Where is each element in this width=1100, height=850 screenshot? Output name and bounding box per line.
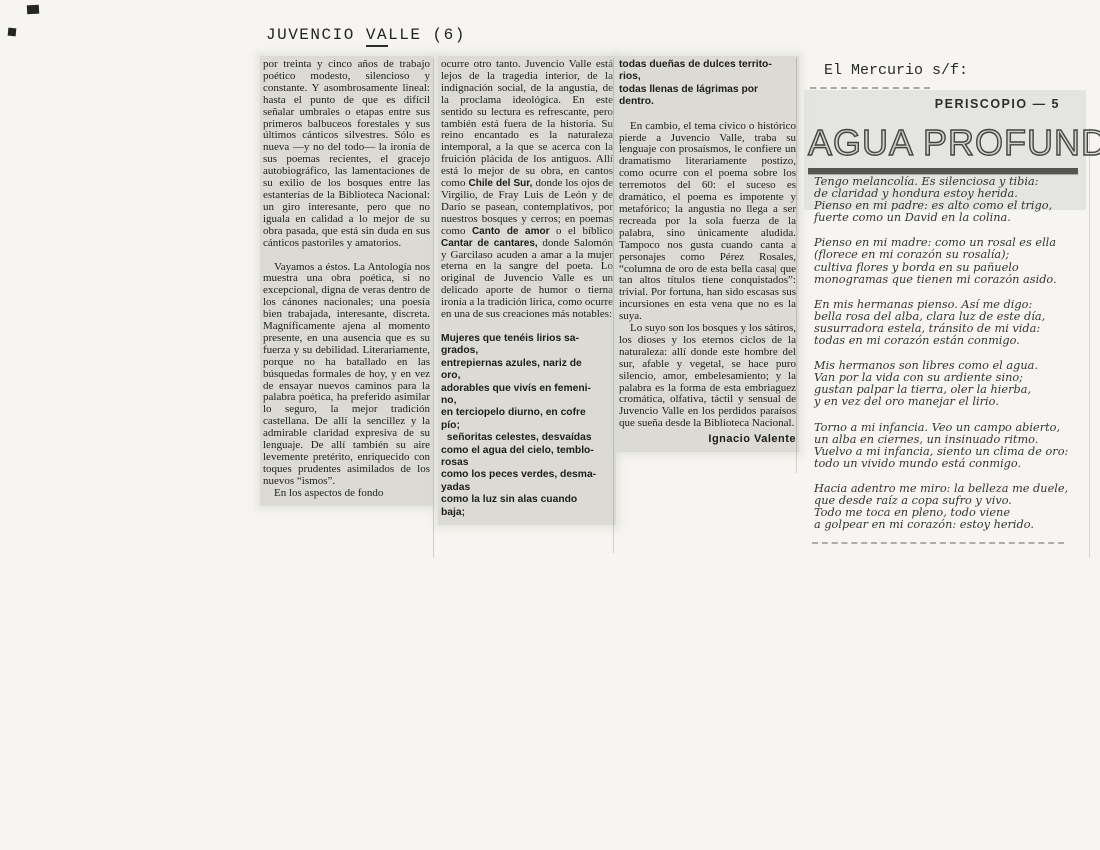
- source-underline: [810, 87, 930, 89]
- verse-line: Mujeres que tenéis lirios sa-: [441, 333, 613, 345]
- scanned-newspaper-page: JUVENCIO VALLE (6) por treinta y cinco a…: [0, 0, 1100, 850]
- verse-line: rios,: [619, 71, 796, 83]
- paragraph: En los aspectos de fondo: [263, 488, 430, 500]
- section-label: PERISCOPIO — 5: [800, 97, 1060, 111]
- page-title-prefix: JUVENCIO: [266, 26, 366, 44]
- verse-block: Mujeres que tenéis lirios sa-grados,entr…: [441, 333, 613, 519]
- poem-line: Vuelvo a mi infancia, siento un clima de…: [814, 446, 1082, 458]
- stanza: Torno a mi infancia. Veo un campo abiert…: [814, 422, 1082, 470]
- review-column-3: todas dueñas de dulces territo-rios,toda…: [616, 56, 799, 452]
- clipping-edge-line: [433, 58, 434, 558]
- review-column-1: por treinta y cinco años de trabajo poét…: [260, 56, 433, 506]
- verse-line: señoritas celestes, desvaídas: [441, 432, 613, 444]
- poem-line: Torno a mi infancia. Veo un campo abiert…: [814, 422, 1082, 434]
- stanza: Tengo melancolía. Es silenciosa y tibia:…: [814, 176, 1082, 224]
- poem-line: todo un vivido mundo está conmigo.: [814, 458, 1082, 470]
- poem-line: a golpear en mi corazón: estoy herido.: [814, 519, 1082, 531]
- verse-line: baja;: [441, 507, 613, 519]
- scan-artifact-mark: [8, 28, 17, 37]
- verse-line: pío;: [441, 420, 613, 432]
- verse-line: adorables que vivís en femeni-: [441, 383, 613, 395]
- stanza: Hacia adentro me miro: la belleza me due…: [814, 483, 1082, 531]
- poem-line: fuerte como un David en la colina.: [814, 212, 1082, 224]
- paragraph: ocurre otro tanto. Juvencio Valle está l…: [441, 59, 613, 321]
- poem-line: cultiva flores y borda en su pañuelo: [814, 262, 1082, 274]
- verse-block: todas dueñas de dulces territo-rios,toda…: [619, 59, 796, 109]
- verse-line: como la luz sin alas cuando: [441, 494, 613, 506]
- paragraph: Vayamos a éstos. La Antología nos muestr…: [263, 262, 430, 488]
- clipping-edge-line: [796, 58, 797, 473]
- paragraph: por treinta y cinco años de trabajo poét…: [263, 59, 430, 250]
- poem-line: todas en mi corazón están conmigo.: [814, 335, 1082, 347]
- review-column-2: ocurre otro tanto. Juvencio Valle está l…: [438, 56, 616, 525]
- page-title-suffix: LLE (6): [388, 26, 466, 44]
- verse-line: yadas: [441, 482, 613, 494]
- stanza: En mis hermanas pienso. Así me digo:bell…: [814, 299, 1082, 347]
- poem-line: (florece en mi corazón su rosalía);: [814, 249, 1082, 261]
- byline: Ignacio Valente: [619, 434, 796, 446]
- verse-line: todas dueñas de dulces territo-: [619, 59, 796, 71]
- verse-line: oro,: [441, 370, 613, 382]
- poem-line: monogramas que tienen mi corazón asido.: [814, 274, 1082, 286]
- headline: AGUA PROFUNDA: [808, 122, 1100, 164]
- verse-line: todas llenas de lágrimas por: [619, 84, 796, 96]
- bottom-dashed-rule: [812, 542, 1064, 544]
- page-title-underlined: VA: [366, 26, 388, 47]
- mercurio-clipping: El Mercurio s/f: PERISCOPIO — 5 AGUA PRO…: [800, 60, 1092, 580]
- source-label: El Mercurio s/f:: [824, 62, 968, 79]
- headline-underline-bar: [808, 168, 1078, 174]
- verse-line: como el agua del cielo, temblo-: [441, 445, 613, 457]
- poem-line: y en vez del oro manejar el lirio.: [814, 396, 1082, 408]
- verse-line: grados,: [441, 345, 613, 357]
- verse-line: dentro.: [619, 96, 796, 108]
- verse-line: rosas: [441, 457, 613, 469]
- poem: Tengo melancolía. Es silenciosa y tibia:…: [814, 176, 1082, 544]
- verse-line: en terciopelo diurno, en cofre: [441, 407, 613, 419]
- clipping-edge-line: [613, 58, 614, 553]
- scan-artifact-mark: [27, 5, 39, 15]
- paragraph: Lo suyo son los bosques y los sátiros, l…: [619, 323, 796, 430]
- stanza: Mis hermanos son libres como el agua.Van…: [814, 360, 1082, 408]
- paragraph: En cambio, el tema cívico o histórico pi…: [619, 121, 796, 323]
- stanza: Pienso en mi madre: como un rosal es ell…: [814, 237, 1082, 285]
- verse-line: entrepiernas azules, nariz de: [441, 358, 613, 370]
- page-title: JUVENCIO VALLE (6): [266, 26, 466, 44]
- verse-line: como los peces verdes, desma-: [441, 469, 613, 481]
- poem-line: un alba en ciernes, un insinuado ritmo.: [814, 434, 1082, 446]
- verse-line: no,: [441, 395, 613, 407]
